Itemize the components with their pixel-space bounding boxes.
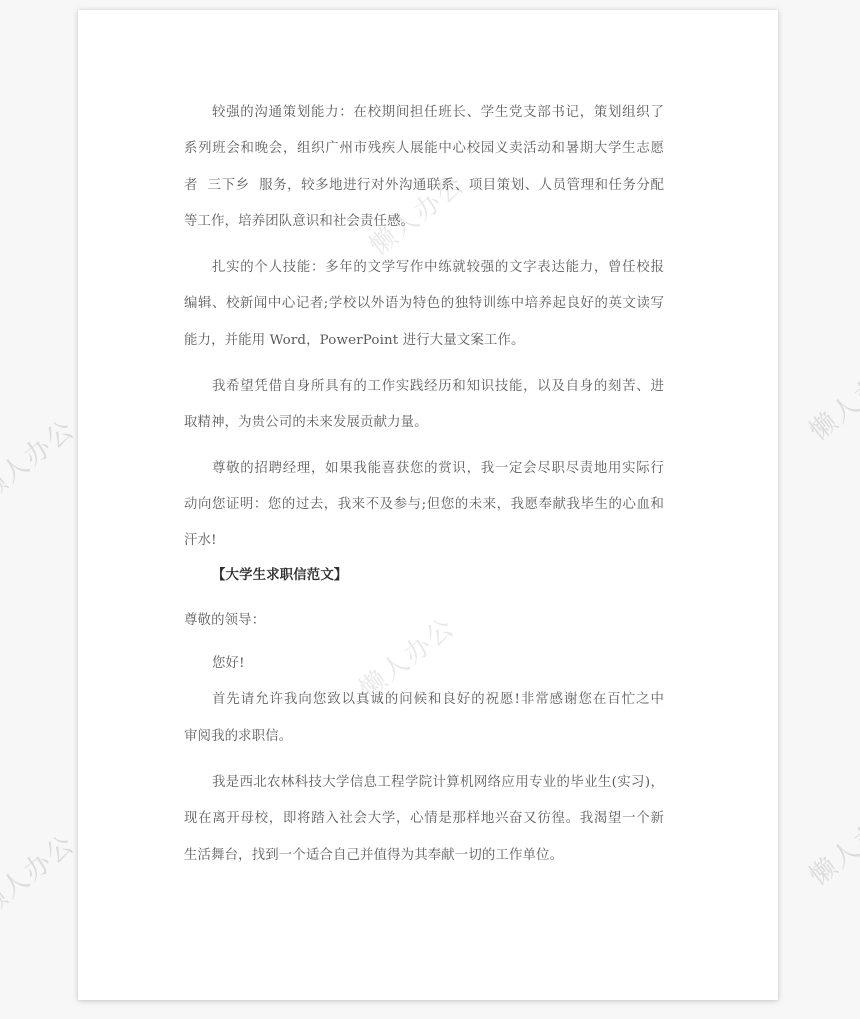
watermark: 懒人办公 [0,824,82,922]
document-page: 懒人办公 懒人办公 较强的沟通策划能力：在校期间担任班长、学生党支部书记，策划组… [78,10,778,1000]
paragraph-line: 较强的沟通策划能力：在校期间担任班长、学生党支部书记，策划组织了 [212,105,664,121]
watermark: 懒人办公 [800,794,860,892]
watermark: 懒人办公 [350,607,461,705]
paragraph-line: 取精神，为贵公司的未来发展贡献力量。 [184,415,428,431]
watermark: 懒人办公 [800,349,860,447]
section-heading: 【大学生求职信范文】 [212,568,347,584]
salutation: 尊敬的领导： [184,613,265,629]
paragraph-line: 我希望凭借自身所具有的工作实践经历和知识技能，以及自身的刻苦、进 [212,379,664,395]
paragraph-line: 扎实的个人技能：多年的文学写作中练就较强的文字表达能力，曾任校报 [212,260,664,276]
greeting: 您好! [212,656,245,672]
paragraph-line: 我是西北农林科技大学信息工程学院计算机网络应用专业的毕业生(实习)， [212,775,664,791]
paragraph-line: 系列班会和晚会，组织广州市残疾人展能中心校园义卖活动和暑期大学生志愿 [184,141,664,157]
paragraph-line: 等工作，培养团队意识和社会责任感。 [184,214,414,230]
paragraph-line: 现在离开母校，即将踏入社会大学，心情是那样地兴奋又彷徨。我渴望一个新 [184,811,664,827]
paragraph-line: 尊敬的招聘经理，如果我能喜获您的赏识，我一定会尽职尽责地用实际行 [212,461,664,477]
paragraph-line: 生活舞台，找到一个适合自己并值得为其奉献一切的工作单位。 [184,848,563,864]
paragraph-line: 动向您证明：您的过去，我来不及参与;但您的未来，我愿奉献我毕生的心血和 [184,497,664,513]
paragraph-line: 能力，并能用 Word，PowerPoint 进行大量文案工作。 [184,333,525,349]
paragraph-line: 者 三下乡 服务，较多地进行对外沟通联系、项目策划、人员管理和任务分配 [184,178,664,194]
paragraph-line: 编辑、校新闻中心记者;学校以外语为特色的独特训练中培养起良好的英文读写 [184,296,664,312]
paragraph-line: 汗水! [184,533,217,549]
watermark: 懒人办公 [0,409,82,507]
paragraph-line: 首先请允许我向您致以真诚的问候和良好的祝愿!非常感谢您在百忙之中 [212,692,664,708]
paragraph-line: 审阅我的求职信。 [184,729,292,745]
